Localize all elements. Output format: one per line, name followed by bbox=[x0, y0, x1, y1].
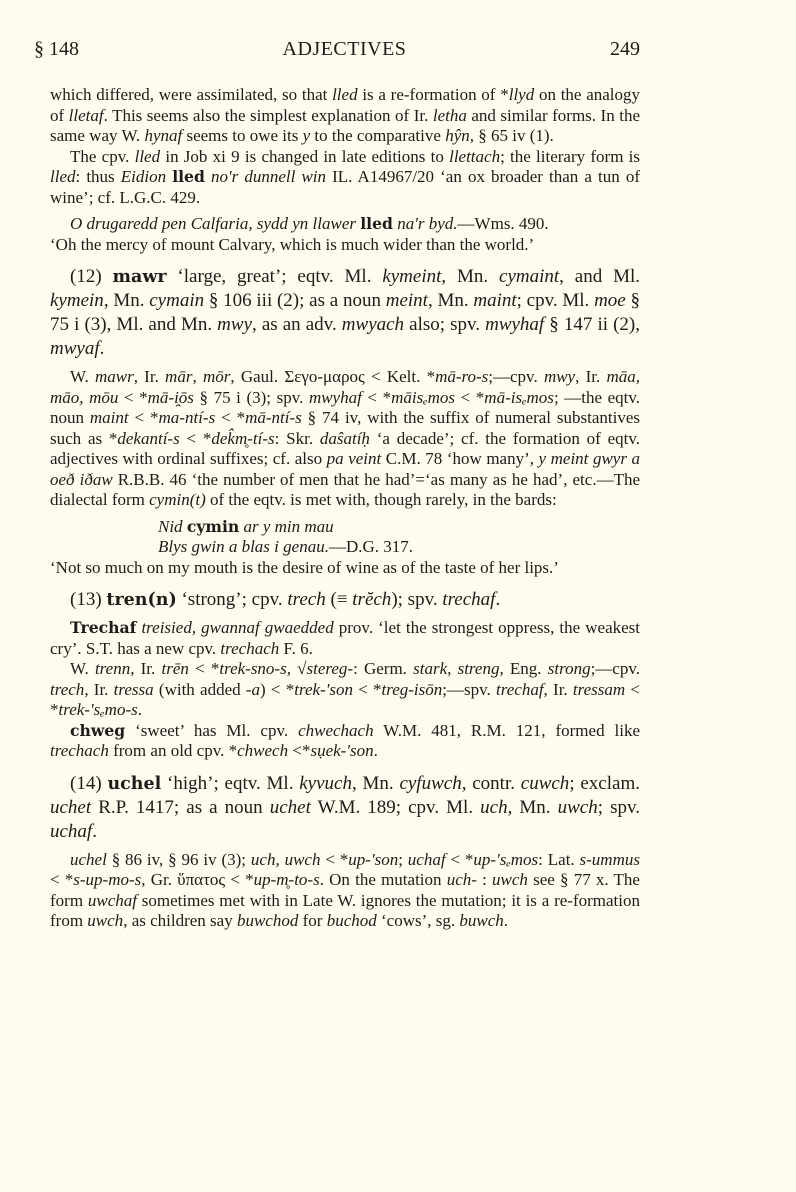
paragraph-mawr-etymology: W. mawr, Ir. mār, mōr, Gaul. Σεγο-μαρος … bbox=[50, 367, 640, 511]
paragraph-cpv-lled: The cpv. lled in Job xi 9 is changed in … bbox=[50, 147, 640, 209]
paragraph-uchel-etymology: uchel § 86 iv, § 96 iv (3); uch, uwch < … bbox=[50, 850, 640, 932]
paragraph-trenn-etymology: W. trenn, Ir. trēn < *trek-sno-s, √stere… bbox=[50, 659, 640, 721]
running-header: § 148 ADJECTIVES 249 bbox=[34, 38, 640, 61]
page-body: which differed, were assimilated, so tha… bbox=[50, 85, 640, 932]
verse-line-2: Blys gwin a blas i genau.—D.G. 317. bbox=[158, 537, 640, 558]
verse-dg: Nid cymin ar y min mau Blys gwin a blas … bbox=[50, 517, 640, 558]
quote-wms-translation: ‘Oh the mercy of mount Calvary, which is… bbox=[50, 235, 640, 256]
section-12-mawr: (12) mawr ‘large, great’; eqtv. Ml. kyme… bbox=[50, 265, 640, 361]
paragraph-trechaf-proverb: Trechaf treisied, gwannaf gwaedded prov.… bbox=[50, 618, 640, 659]
quote-wms: O drugaredd pen Calfaria, sydd yn llawer… bbox=[50, 214, 640, 235]
paragraph-lled-continuation: which differed, were assimilated, so tha… bbox=[50, 85, 640, 147]
paragraph-chweg: chweg ‘sweet’ has Ml. cpv. chwechach W.M… bbox=[50, 721, 640, 762]
section-14-uchel: (14) uchel ‘high’; eqtv. Ml. kyvuch, Mn.… bbox=[50, 772, 640, 844]
page-number: 249 bbox=[610, 38, 640, 61]
section-number: § 148 bbox=[34, 38, 79, 61]
section-13-trenn: (13) tren(n) ‘strong’; cpv. trech (≡ trĕ… bbox=[50, 588, 640, 612]
page-title: ADJECTIVES bbox=[283, 38, 407, 61]
verse-translation: ‘Not so much on my mouth is the desire o… bbox=[50, 558, 640, 579]
verse-line-1: Nid cymin ar y min mau bbox=[158, 517, 640, 538]
book-page: § 148 ADJECTIVES 249 which differed, wer… bbox=[0, 0, 796, 1192]
